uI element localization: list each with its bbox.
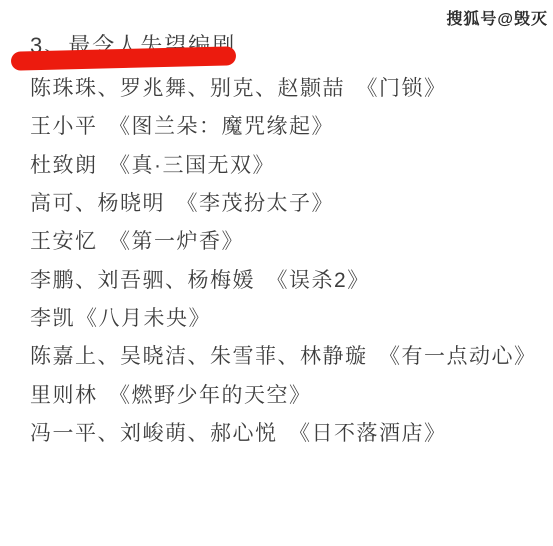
- film-title: 《门锁》: [357, 72, 447, 102]
- article-page: 搜狐号@毁灭 3、最令人失望编剧 陈珠珠、罗兆舞、别克、赵颢喆《门锁》 王小平《…: [0, 0, 553, 546]
- screenwriter-names: 陈嘉上、吴晓洁、朱雪菲、林静璇: [30, 340, 368, 370]
- list-item: 高可、杨晓明《李茂扮太子》: [30, 183, 543, 221]
- film-title: 《日不落酒店》: [289, 417, 447, 447]
- list-item: 里则林《燃野少年的天空》: [30, 374, 543, 412]
- screenwriter-names: 里则林: [30, 379, 98, 409]
- list-item: 王小平《图兰朵：魔咒缘起》: [30, 106, 543, 144]
- film-title: 《真·三国无双》: [109, 149, 275, 179]
- screenwriter-names: 杜致朗: [30, 149, 98, 179]
- screenwriter-names: 冯一平、刘峻萌、郝心悦: [30, 417, 278, 447]
- film-title: 《燃野少年的天空》: [109, 379, 312, 409]
- film-title: 《图兰朵：魔咒缘起》: [109, 110, 334, 140]
- list-item: 王安忆《第一炉香》: [30, 221, 543, 259]
- list-item: 陈珠珠、罗兆舞、别克、赵颢喆《门锁》: [30, 68, 543, 106]
- screenwriter-names: 李鹏、刘吾驷、杨梅媛: [30, 264, 255, 294]
- screenwriter-names: 陈珠珠、罗兆舞、别克、赵颢喆: [30, 72, 345, 102]
- screenwriter-names: 王安忆: [30, 225, 98, 255]
- film-title: 《李茂扮太子》: [177, 187, 335, 217]
- screenwriter-names: 高可、杨晓明: [30, 187, 165, 217]
- screenwriter-names: 王小平: [30, 110, 98, 140]
- list-item: 冯一平、刘峻萌、郝心悦《日不落酒店》: [30, 413, 543, 451]
- screenwriter-list: 陈珠珠、罗兆舞、别克、赵颢喆《门锁》 王小平《图兰朵：魔咒缘起》 杜致朗《真·三…: [30, 68, 543, 451]
- film-title: 《八月未央》: [76, 302, 211, 332]
- film-title: 《有一点动心》: [379, 340, 537, 370]
- list-item: 李凯《八月未央》: [30, 298, 543, 336]
- film-title: 《误杀2》: [267, 264, 370, 294]
- list-item: 杜致朗《真·三国无双》: [30, 145, 543, 183]
- screenwriter-names: 李凯: [30, 302, 75, 332]
- film-title: 《第一炉香》: [109, 225, 244, 255]
- list-item: 陈嘉上、吴晓洁、朱雪菲、林静璇《有一点动心》: [30, 336, 543, 374]
- section-header: 3、最令人失望编剧: [0, 0, 553, 72]
- list-item: 李鹏、刘吾驷、杨梅媛《误杀2》: [30, 259, 543, 297]
